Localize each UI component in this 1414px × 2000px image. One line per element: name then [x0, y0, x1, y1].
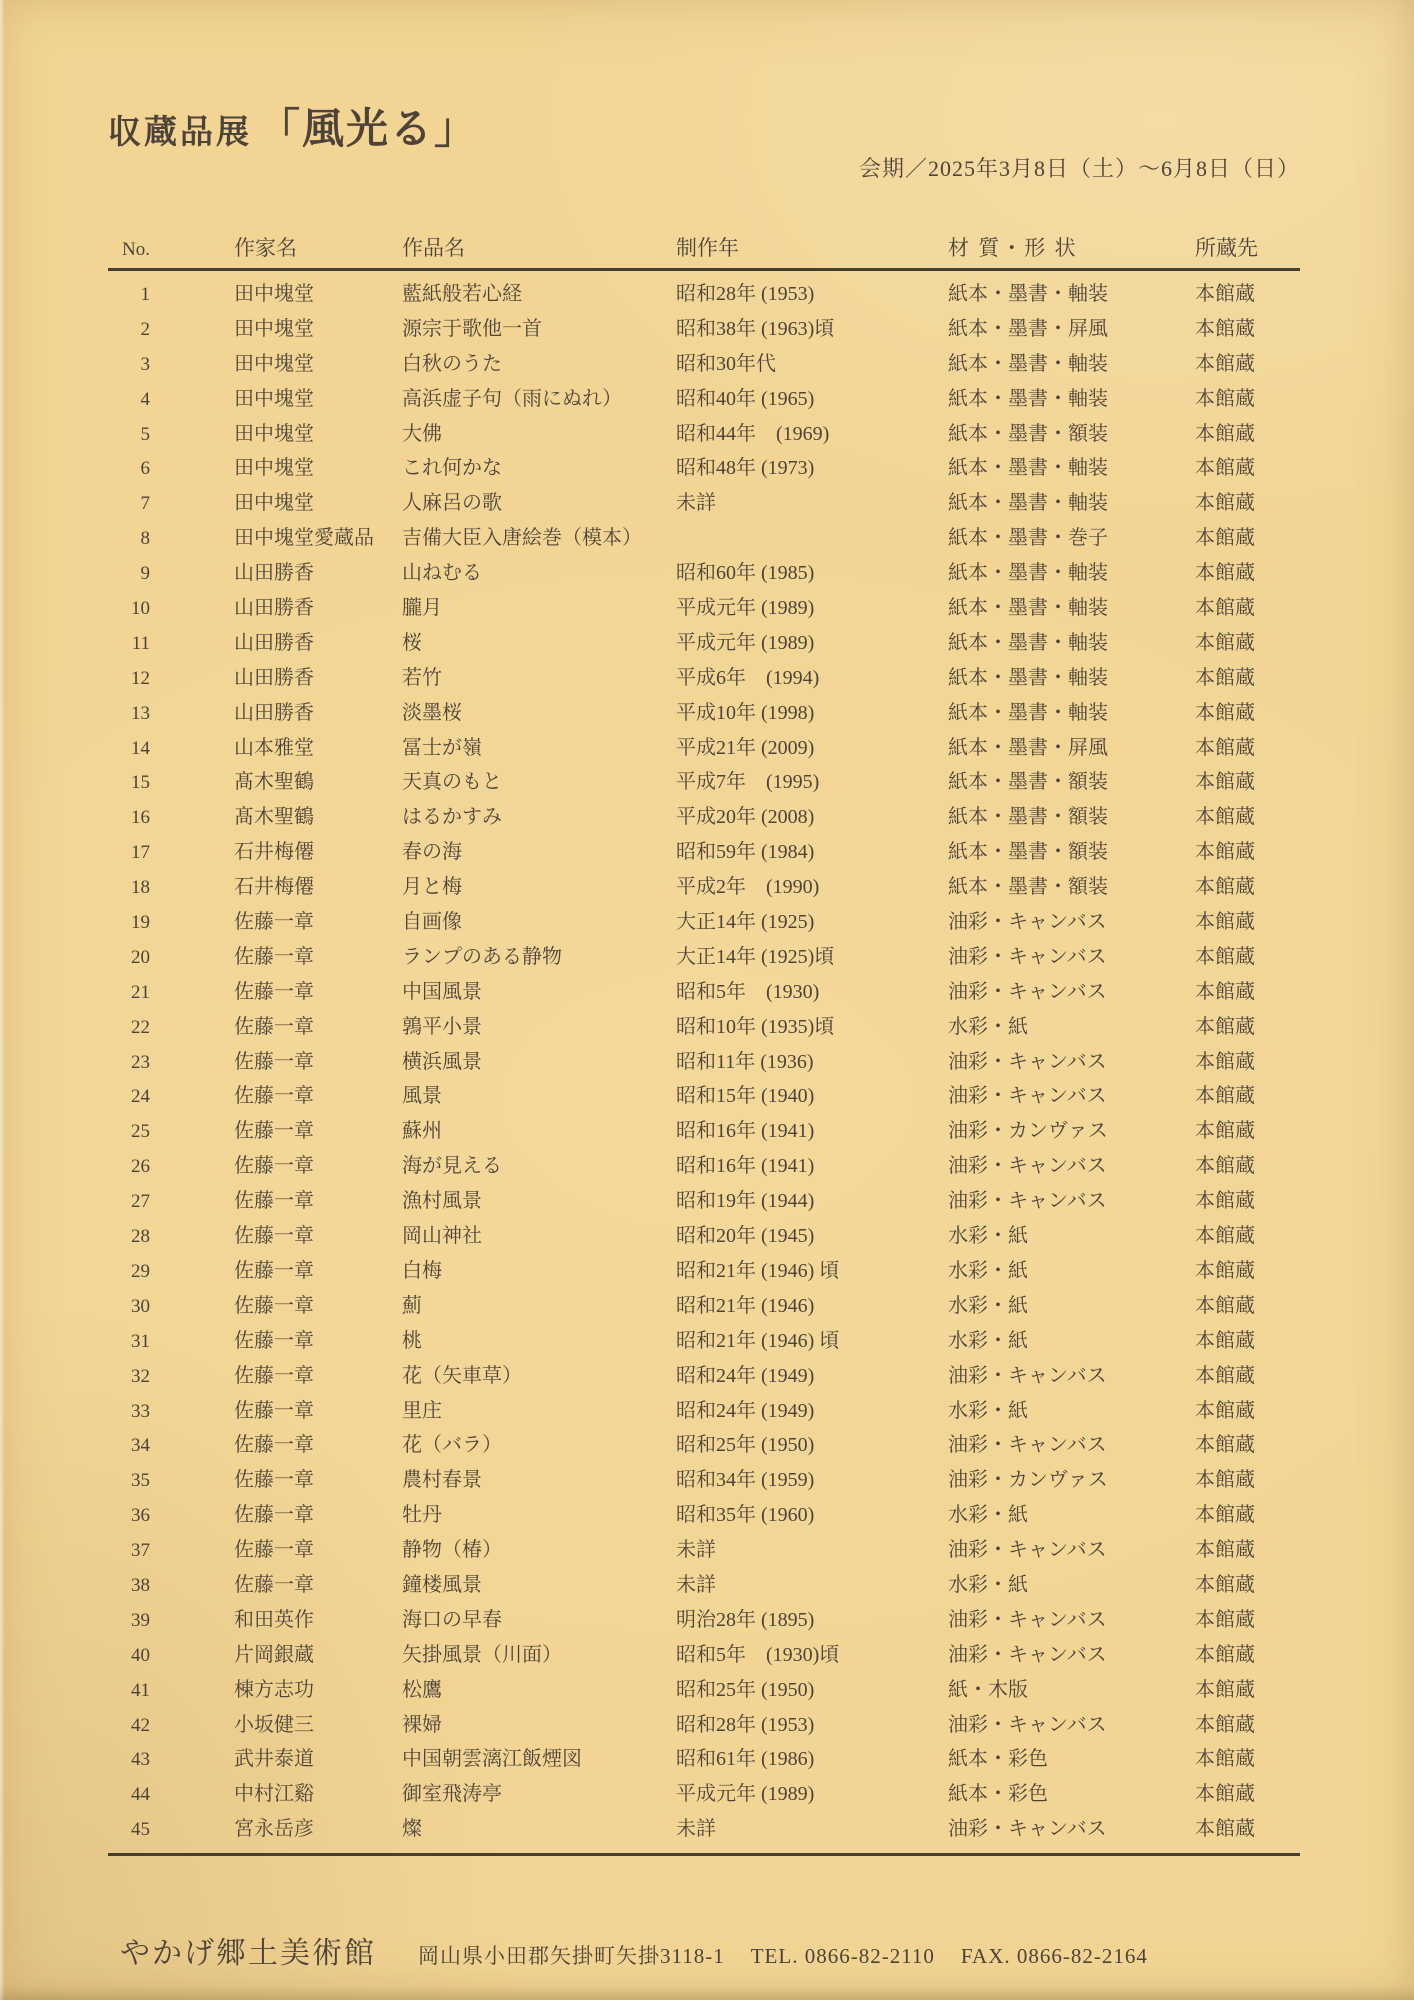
cell-artist: 片岡銀蔵	[234, 1638, 402, 1673]
cell-location: 本館蔵	[1195, 1708, 1300, 1743]
cell-year: 昭和16年 (1941)	[676, 1149, 948, 1184]
table-row: 3田中塊堂白秋のうた昭和30年代紙本・墨書・軸装本館蔵	[108, 347, 1300, 382]
cell-material: 水彩・紙	[948, 1289, 1195, 1324]
cell-title: 藍紙般若心経	[402, 277, 676, 312]
cell-location: 本館蔵	[1195, 486, 1300, 521]
cell-title: 大佛	[402, 417, 676, 452]
table-row: 2田中塊堂源宗于歌他一首昭和38年 (1963)頃紙本・墨書・屏風本館蔵	[108, 312, 1300, 347]
table-row: 20佐藤一章ランプのある静物大正14年 (1925)頃油彩・キャンバス本館蔵	[108, 940, 1300, 975]
cell-no: 5	[108, 418, 234, 453]
cell-location: 本館蔵	[1195, 1010, 1300, 1045]
cell-title: 白秋のうた	[402, 347, 676, 382]
cell-material: 水彩・紙	[948, 1324, 1195, 1359]
cell-material: 水彩・紙	[948, 1254, 1195, 1289]
cell-no: 34	[108, 1429, 234, 1464]
cell-location: 本館蔵	[1195, 905, 1300, 940]
page-footer: やかげ郷土美術館 岡山県小田郡矢掛町矢掛3118-1 TEL. 0866-82-…	[120, 1928, 1310, 1972]
cell-year: 昭和30年代	[676, 347, 948, 382]
cell-location: 本館蔵	[1195, 1149, 1300, 1184]
cell-artist: 石井梅僊	[234, 870, 402, 905]
cell-material: 水彩・紙	[948, 1219, 1195, 1254]
cell-material: 紙本・墨書・屏風	[948, 731, 1195, 766]
cell-location: 本館蔵	[1195, 1638, 1300, 1673]
cell-material: 水彩・紙	[948, 1010, 1195, 1045]
cell-material: 油彩・キャンバス	[948, 975, 1195, 1010]
table-row: 14山本雅堂冨士が嶺平成21年 (2009)紙本・墨書・屏風本館蔵	[108, 731, 1300, 766]
cell-artist: 佐藤一章	[234, 940, 402, 975]
cell-no: 25	[108, 1115, 234, 1150]
works-table: No. 作家名 作品名 制作年 材 質・形 状 所蔵先 1田中塊堂藍紙般若心経昭…	[108, 234, 1300, 1856]
cell-title: 冨士が嶺	[402, 731, 676, 766]
table-row: 39和田英作海口の早春明治28年 (1895)油彩・キャンバス本館蔵	[108, 1603, 1300, 1638]
title-prefix: 収蔵品展	[108, 115, 252, 151]
cell-material: 油彩・キャンバス	[948, 1638, 1195, 1673]
cell-title: 燦	[402, 1812, 676, 1847]
cell-title: 花（矢車草）	[402, 1359, 676, 1394]
cell-no: 23	[108, 1046, 234, 1081]
cell-no: 39	[108, 1604, 234, 1639]
cell-title: 風景	[402, 1079, 676, 1114]
cell-artist: 佐藤一章	[234, 1533, 402, 1568]
cell-material: 油彩・キャンバス	[948, 1079, 1195, 1114]
cell-material: 紙本・墨書・軸装	[948, 591, 1195, 626]
table-row: 34佐藤一章花（バラ）昭和25年 (1950)油彩・キャンバス本館蔵	[108, 1428, 1300, 1463]
cell-year: 昭和24年 (1949)	[676, 1394, 948, 1429]
cell-title: 漁村風景	[402, 1184, 676, 1219]
cell-artist: 佐藤一章	[234, 1010, 402, 1045]
cell-location: 本館蔵	[1195, 1777, 1300, 1812]
cell-location: 本館蔵	[1195, 1498, 1300, 1533]
cell-artist: 佐藤一章	[234, 1149, 402, 1184]
cell-location: 本館蔵	[1195, 1742, 1300, 1777]
cell-year: 昭和24年 (1949)	[676, 1359, 948, 1394]
cell-title: 松鷹	[402, 1673, 676, 1708]
cell-no: 24	[108, 1080, 234, 1115]
cell-location: 本館蔵	[1195, 1463, 1300, 1498]
cell-location: 本館蔵	[1195, 800, 1300, 835]
table-row: 43武井泰道中国朝雲漓江飯煙図昭和61年 (1986)紙本・彩色本館蔵	[108, 1742, 1300, 1777]
cell-title: 淡墨桜	[402, 696, 676, 731]
cell-material: 紙本・墨書・額装	[948, 765, 1195, 800]
cell-artist: 山田勝香	[234, 626, 402, 661]
cell-year: 未詳	[676, 1533, 948, 1568]
cell-location: 本館蔵	[1195, 382, 1300, 417]
cell-no: 30	[108, 1290, 234, 1325]
table-row: 41棟方志功松鷹昭和25年 (1950)紙・木版本館蔵	[108, 1673, 1300, 1708]
cell-artist: 佐藤一章	[234, 1045, 402, 1080]
cell-artist: 佐藤一章	[234, 1359, 402, 1394]
cell-artist: 田中塊堂	[234, 347, 402, 382]
cell-artist: 小坂健三	[234, 1708, 402, 1743]
cell-no: 32	[108, 1360, 234, 1395]
cell-artist: 田中塊堂愛蔵品	[234, 521, 402, 556]
cell-no: 13	[108, 697, 234, 732]
cell-title: 矢掛風景（川面）	[402, 1638, 676, 1673]
header-no: No.	[108, 236, 234, 264]
cell-location: 本館蔵	[1195, 1045, 1300, 1080]
cell-artist: 佐藤一章	[234, 1568, 402, 1603]
cell-year: 昭和16年 (1941)	[676, 1114, 948, 1149]
cell-title: 中国風景	[402, 975, 676, 1010]
cell-location: 本館蔵	[1195, 1568, 1300, 1603]
cell-no: 16	[108, 801, 234, 836]
cell-title: 白梅	[402, 1254, 676, 1289]
cell-no: 7	[108, 487, 234, 522]
cell-location: 本館蔵	[1195, 1812, 1300, 1847]
cell-title: 若竹	[402, 661, 676, 696]
cell-year: 昭和5年 (1930)頃	[676, 1638, 948, 1673]
cell-artist: 佐藤一章	[234, 975, 402, 1010]
cell-no: 2	[108, 313, 234, 348]
table-row: 7田中塊堂人麻呂の歌未詳紙本・墨書・軸装本館蔵	[108, 486, 1300, 521]
cell-material: 紙本・墨書・軸装	[948, 347, 1195, 382]
cell-no: 42	[108, 1709, 234, 1744]
cell-location: 本館蔵	[1195, 1533, 1300, 1568]
table-row: 11山田勝香桜平成元年 (1989)紙本・墨書・軸装本館蔵	[108, 626, 1300, 661]
museum-fax: FAX. 0866-82-2164	[961, 1944, 1148, 1969]
cell-location: 本館蔵	[1195, 870, 1300, 905]
cell-artist: 髙木聖鶴	[234, 765, 402, 800]
cell-title: 高浜虚子句（雨にぬれ）	[402, 382, 676, 417]
cell-title: 農村春景	[402, 1463, 676, 1498]
cell-year: 昭和28年 (1953)	[676, 1708, 948, 1743]
cell-title: 朧月	[402, 591, 676, 626]
cell-no: 40	[108, 1639, 234, 1674]
cell-year: 昭和59年 (1984)	[676, 835, 948, 870]
cell-title: 源宗于歌他一首	[402, 312, 676, 347]
cell-year: 平成6年 (1994)	[676, 661, 948, 696]
table-row: 17石井梅僊春の海昭和59年 (1984)紙本・墨書・額装本館蔵	[108, 835, 1300, 870]
table-row: 29佐藤一章白梅昭和21年 (1946) 頃水彩・紙本館蔵	[108, 1254, 1300, 1289]
table-row: 32佐藤一章花（矢車草）昭和24年 (1949)油彩・キャンバス本館蔵	[108, 1359, 1300, 1394]
cell-title: 裸婦	[402, 1708, 676, 1743]
table-row: 19佐藤一章自画像大正14年 (1925)油彩・キャンバス本館蔵	[108, 905, 1300, 940]
cell-location: 本館蔵	[1195, 626, 1300, 661]
table-row: 21佐藤一章中国風景昭和5年 (1930)油彩・キャンバス本館蔵	[108, 975, 1300, 1010]
cell-year: 平成2年 (1990)	[676, 870, 948, 905]
cell-title: 岡山神社	[402, 1219, 676, 1254]
cell-year: 昭和40年 (1965)	[676, 382, 948, 417]
table-row: 28佐藤一章岡山神社昭和20年 (1945)水彩・紙本館蔵	[108, 1219, 1300, 1254]
table-row: 5田中塊堂大佛昭和44年 (1969)紙本・墨書・額装本館蔵	[108, 417, 1300, 452]
cell-material: 紙本・墨書・額装	[948, 870, 1195, 905]
cell-material: 油彩・キャンバス	[948, 1359, 1195, 1394]
cell-artist: 棟方志功	[234, 1673, 402, 1708]
cell-year: 平成元年 (1989)	[676, 626, 948, 661]
cell-location: 本館蔵	[1195, 1289, 1300, 1324]
cell-artist: 佐藤一章	[234, 905, 402, 940]
cell-year: 未詳	[676, 1812, 948, 1847]
cell-no: 45	[108, 1813, 234, 1848]
cell-year: 大正14年 (1925)頃	[676, 940, 948, 975]
cell-artist: 武井泰道	[234, 1742, 402, 1777]
cell-location: 本館蔵	[1195, 661, 1300, 696]
cell-location: 本館蔵	[1195, 1114, 1300, 1149]
cell-year: 昭和25年 (1950)	[676, 1428, 948, 1463]
table-row: 23佐藤一章横浜風景昭和11年 (1936)油彩・キャンバス本館蔵	[108, 1045, 1300, 1080]
table-body: 1田中塊堂藍紙般若心経昭和28年 (1953)紙本・墨書・軸装本館蔵2田中塊堂源…	[108, 277, 1300, 1847]
header-artist: 作家名	[234, 234, 402, 262]
cell-title: 吉備大臣入唐絵巻（模本）	[402, 521, 676, 556]
cell-no: 6	[108, 452, 234, 487]
table-row: 38佐藤一章鐘楼風景未詳水彩・紙本館蔵	[108, 1568, 1300, 1603]
cell-material: 紙本・墨書・軸装	[948, 661, 1195, 696]
cell-year: 平成7年 (1995)	[676, 765, 948, 800]
cell-title: 天真のもと	[402, 765, 676, 800]
cell-artist: 和田英作	[234, 1603, 402, 1638]
cell-material: 紙本・墨書・軸装	[948, 626, 1195, 661]
cell-year: 明治28年 (1895)	[676, 1603, 948, 1638]
cell-no: 37	[108, 1534, 234, 1569]
cell-artist: 佐藤一章	[234, 1219, 402, 1254]
cell-no: 1	[108, 278, 234, 313]
cell-title: 人麻呂の歌	[402, 486, 676, 521]
cell-year: 昭和61年 (1986)	[676, 1742, 948, 1777]
cell-location: 本館蔵	[1195, 1324, 1300, 1359]
cell-material: 紙本・彩色	[948, 1777, 1195, 1812]
cell-title: 月と梅	[402, 870, 676, 905]
cell-year: 昭和28年 (1953)	[676, 277, 948, 312]
bottom-rule	[108, 1853, 1300, 1856]
cell-title: 鶉平小景	[402, 1010, 676, 1045]
cell-year: 昭和5年 (1930)	[676, 975, 948, 1010]
page-title: 収蔵品展「風光る」	[108, 96, 478, 156]
cell-artist: 田中塊堂	[234, 451, 402, 486]
cell-material: 紙本・墨書・額装	[948, 800, 1195, 835]
cell-location: 本館蔵	[1195, 347, 1300, 382]
cell-artist: 佐藤一章	[234, 1079, 402, 1114]
cell-no: 29	[108, 1255, 234, 1290]
cell-artist: 田中塊堂	[234, 312, 402, 347]
cell-location: 本館蔵	[1195, 835, 1300, 870]
table-row: 42小坂健三裸婦昭和28年 (1953)油彩・キャンバス本館蔵	[108, 1708, 1300, 1743]
cell-year: 平成元年 (1989)	[676, 1777, 948, 1812]
cell-location: 本館蔵	[1195, 417, 1300, 452]
cell-location: 本館蔵	[1195, 1673, 1300, 1708]
cell-material: 紙本・墨書・軸装	[948, 382, 1195, 417]
table-row: 33佐藤一章里庄昭和24年 (1949)水彩・紙本館蔵	[108, 1394, 1300, 1429]
cell-material: 紙本・墨書・巻子	[948, 521, 1195, 556]
cell-location: 本館蔵	[1195, 731, 1300, 766]
cell-location: 本館蔵	[1195, 940, 1300, 975]
cell-material: 油彩・キャンバス	[948, 905, 1195, 940]
cell-artist: 中村江谿	[234, 1777, 402, 1812]
cell-year: 平成元年 (1989)	[676, 591, 948, 626]
cell-artist: 佐藤一章	[234, 1324, 402, 1359]
cell-location: 本館蔵	[1195, 1603, 1300, 1638]
cell-year: 昭和25年 (1950)	[676, 1673, 948, 1708]
cell-year: 大正14年 (1925)	[676, 905, 948, 940]
cell-material: 紙本・墨書・軸装	[948, 696, 1195, 731]
cell-material: 紙本・墨書・軸装	[948, 277, 1195, 312]
cell-title: これ何かな	[402, 451, 676, 486]
cell-title: 花（バラ）	[402, 1428, 676, 1463]
cell-title: 里庄	[402, 1394, 676, 1429]
cell-year: 昭和21年 (1946)	[676, 1289, 948, 1324]
cell-year: 昭和60年 (1985)	[676, 556, 948, 591]
cell-no: 41	[108, 1674, 234, 1709]
table-row: 36佐藤一章牡丹昭和35年 (1960)水彩・紙本館蔵	[108, 1498, 1300, 1533]
cell-no: 38	[108, 1569, 234, 1604]
cell-title: 海が見える	[402, 1149, 676, 1184]
cell-artist: 石井梅僊	[234, 835, 402, 870]
cell-no: 10	[108, 592, 234, 627]
cell-material: 油彩・キャンバス	[948, 1428, 1195, 1463]
table-row: 35佐藤一章農村春景昭和34年 (1959)油彩・カンヴァス本館蔵	[108, 1463, 1300, 1498]
cell-no: 14	[108, 732, 234, 767]
table-row: 12山田勝香若竹平成6年 (1994)紙本・墨書・軸装本館蔵	[108, 661, 1300, 696]
cell-location: 本館蔵	[1195, 312, 1300, 347]
cell-year: 昭和48年 (1973)	[676, 451, 948, 486]
cell-no: 18	[108, 871, 234, 906]
cell-artist: 田中塊堂	[234, 486, 402, 521]
cell-no: 21	[108, 976, 234, 1011]
table-row: 26佐藤一章海が見える昭和16年 (1941)油彩・キャンバス本館蔵	[108, 1149, 1300, 1184]
cell-artist: 佐藤一章	[234, 1289, 402, 1324]
cell-year: 昭和21年 (1946) 頃	[676, 1254, 948, 1289]
cell-artist: 山田勝香	[234, 696, 402, 731]
table-row: 31佐藤一章桃昭和21年 (1946) 頃水彩・紙本館蔵	[108, 1324, 1300, 1359]
cell-title: 横浜風景	[402, 1045, 676, 1080]
scanned-exhibition-list-page: 収蔵品展「風光る」 会期／2025年3月8日（土）～6月8日（日） No. 作家…	[0, 0, 1414, 2000]
cell-no: 31	[108, 1325, 234, 1360]
museum-address: 岡山県小田郡矢掛町矢掛3118-1	[418, 1940, 725, 1970]
cell-title: 春の海	[402, 835, 676, 870]
table-row: 37佐藤一章静物（椿）未詳油彩・キャンバス本館蔵	[108, 1533, 1300, 1568]
cell-location: 本館蔵	[1195, 975, 1300, 1010]
cell-year: 未詳	[676, 486, 948, 521]
cell-location: 本館蔵	[1195, 1428, 1300, 1463]
cell-no: 35	[108, 1464, 234, 1499]
cell-material: 紙本・墨書・軸装	[948, 486, 1195, 521]
table-row: 6田中塊堂これ何かな昭和48年 (1973)紙本・墨書・軸装本館蔵	[108, 451, 1300, 486]
cell-no: 28	[108, 1220, 234, 1255]
cell-year: 平成20年 (2008)	[676, 800, 948, 835]
cell-year: 昭和10年 (1935)頃	[676, 1010, 948, 1045]
cell-year: 昭和15年 (1940)	[676, 1079, 948, 1114]
cell-no: 9	[108, 557, 234, 592]
cell-title: 牡丹	[402, 1498, 676, 1533]
header-material: 材 質・形 状	[948, 234, 1195, 262]
cell-material: 紙本・彩色	[948, 1742, 1195, 1777]
cell-location: 本館蔵	[1195, 1359, 1300, 1394]
cell-no: 26	[108, 1150, 234, 1185]
table-row: 45宮永岳彦燦未詳油彩・キャンバス本館蔵	[108, 1812, 1300, 1847]
cell-material: 紙本・墨書・軸装	[948, 451, 1195, 486]
table-row: 22佐藤一章鶉平小景昭和10年 (1935)頃水彩・紙本館蔵	[108, 1010, 1300, 1045]
cell-artist: 山田勝香	[234, 661, 402, 696]
cell-artist: 髙木聖鶴	[234, 800, 402, 835]
cell-location: 本館蔵	[1195, 696, 1300, 731]
cell-title: 自画像	[402, 905, 676, 940]
cell-location: 本館蔵	[1195, 1079, 1300, 1114]
cell-artist: 田中塊堂	[234, 382, 402, 417]
cell-material: 油彩・キャンバス	[948, 1184, 1195, 1219]
cell-title: 御室飛涛亭	[402, 1777, 676, 1812]
cell-no: 27	[108, 1185, 234, 1220]
cell-artist: 山田勝香	[234, 591, 402, 626]
cell-no: 3	[108, 348, 234, 383]
cell-material: 紙本・墨書・軸装	[948, 556, 1195, 591]
cell-material: 油彩・キャンバス	[948, 1708, 1195, 1743]
cell-year: 昭和21年 (1946) 頃	[676, 1324, 948, 1359]
cell-no: 12	[108, 662, 234, 697]
cell-material: 油彩・キャンバス	[948, 1812, 1195, 1847]
cell-artist: 佐藤一章	[234, 1184, 402, 1219]
cell-no: 4	[108, 383, 234, 418]
cell-material: 油彩・キャンバス	[948, 1045, 1195, 1080]
cell-location: 本館蔵	[1195, 277, 1300, 312]
cell-year: 昭和38年 (1963)頃	[676, 312, 948, 347]
cell-artist: 宮永岳彦	[234, 1812, 402, 1847]
table-row: 15髙木聖鶴天真のもと平成7年 (1995)紙本・墨書・額装本館蔵	[108, 765, 1300, 800]
table-row: 18石井梅僊月と梅平成2年 (1990)紙本・墨書・額装本館蔵	[108, 870, 1300, 905]
cell-material: 紙本・墨書・額装	[948, 835, 1195, 870]
cell-no: 43	[108, 1743, 234, 1778]
cell-title: 蘇州	[402, 1114, 676, 1149]
cell-title: ランプのある静物	[402, 940, 676, 975]
cell-no: 11	[108, 627, 234, 662]
table-row: 13山田勝香淡墨桜平成10年 (1998)紙本・墨書・軸装本館蔵	[108, 696, 1300, 731]
table-header-row: No. 作家名 作品名 制作年 材 質・形 状 所蔵先	[108, 234, 1300, 264]
cell-no: 17	[108, 836, 234, 871]
cell-no: 22	[108, 1011, 234, 1046]
cell-no: 8	[108, 522, 234, 557]
cell-material: 油彩・カンヴァス	[948, 1463, 1195, 1498]
table-row: 30佐藤一章薊昭和21年 (1946)水彩・紙本館蔵	[108, 1289, 1300, 1324]
cell-material: 紙本・墨書・額装	[948, 417, 1195, 452]
cell-title: はるかすみ	[402, 800, 676, 835]
cell-location: 本館蔵	[1195, 1184, 1300, 1219]
cell-year: 昭和34年 (1959)	[676, 1463, 948, 1498]
cell-material: 水彩・紙	[948, 1394, 1195, 1429]
table-row: 25佐藤一章蘇州昭和16年 (1941)油彩・カンヴァス本館蔵	[108, 1114, 1300, 1149]
exhibition-period: 会期／2025年3月8日（土）～6月8日（日）	[0, 152, 1300, 183]
table-row: 10山田勝香朧月平成元年 (1989)紙本・墨書・軸装本館蔵	[108, 591, 1300, 626]
cell-no: 33	[108, 1395, 234, 1430]
table-row: 16髙木聖鶴はるかすみ平成20年 (2008)紙本・墨書・額装本館蔵	[108, 800, 1300, 835]
cell-material: 油彩・キャンバス	[948, 940, 1195, 975]
table-row: 1田中塊堂藍紙般若心経昭和28年 (1953)紙本・墨書・軸装本館蔵	[108, 277, 1300, 312]
cell-material: 油彩・キャンバス	[948, 1149, 1195, 1184]
table-row: 9山田勝香山ねむる昭和60年 (1985)紙本・墨書・軸装本館蔵	[108, 556, 1300, 591]
cell-material: 油彩・キャンバス	[948, 1603, 1195, 1638]
header-year: 制作年	[676, 234, 948, 262]
header-location: 所蔵先	[1195, 234, 1300, 262]
cell-location: 本館蔵	[1195, 591, 1300, 626]
cell-title: 桜	[402, 626, 676, 661]
cell-artist: 田中塊堂	[234, 417, 402, 452]
title-quoted: 「風光る」	[258, 107, 478, 153]
cell-material: 紙本・墨書・屏風	[948, 312, 1195, 347]
cell-material: 紙・木版	[948, 1673, 1195, 1708]
cell-year: 昭和19年 (1944)	[676, 1184, 948, 1219]
cell-artist: 田中塊堂	[234, 277, 402, 312]
table-row: 4田中塊堂高浜虚子句（雨にぬれ）昭和40年 (1965)紙本・墨書・軸装本館蔵	[108, 382, 1300, 417]
cell-title: 山ねむる	[402, 556, 676, 591]
cell-location: 本館蔵	[1195, 521, 1300, 556]
cell-no: 44	[108, 1778, 234, 1813]
cell-location: 本館蔵	[1195, 765, 1300, 800]
museum-tel: TEL. 0866-82-2110	[751, 1944, 935, 1969]
cell-material: 水彩・紙	[948, 1498, 1195, 1533]
cell-no: 19	[108, 906, 234, 941]
cell-year: 昭和11年 (1936)	[676, 1045, 948, 1080]
cell-location: 本館蔵	[1195, 1394, 1300, 1429]
cell-no: 36	[108, 1499, 234, 1534]
cell-location: 本館蔵	[1195, 1219, 1300, 1254]
cell-artist: 佐藤一章	[234, 1254, 402, 1289]
